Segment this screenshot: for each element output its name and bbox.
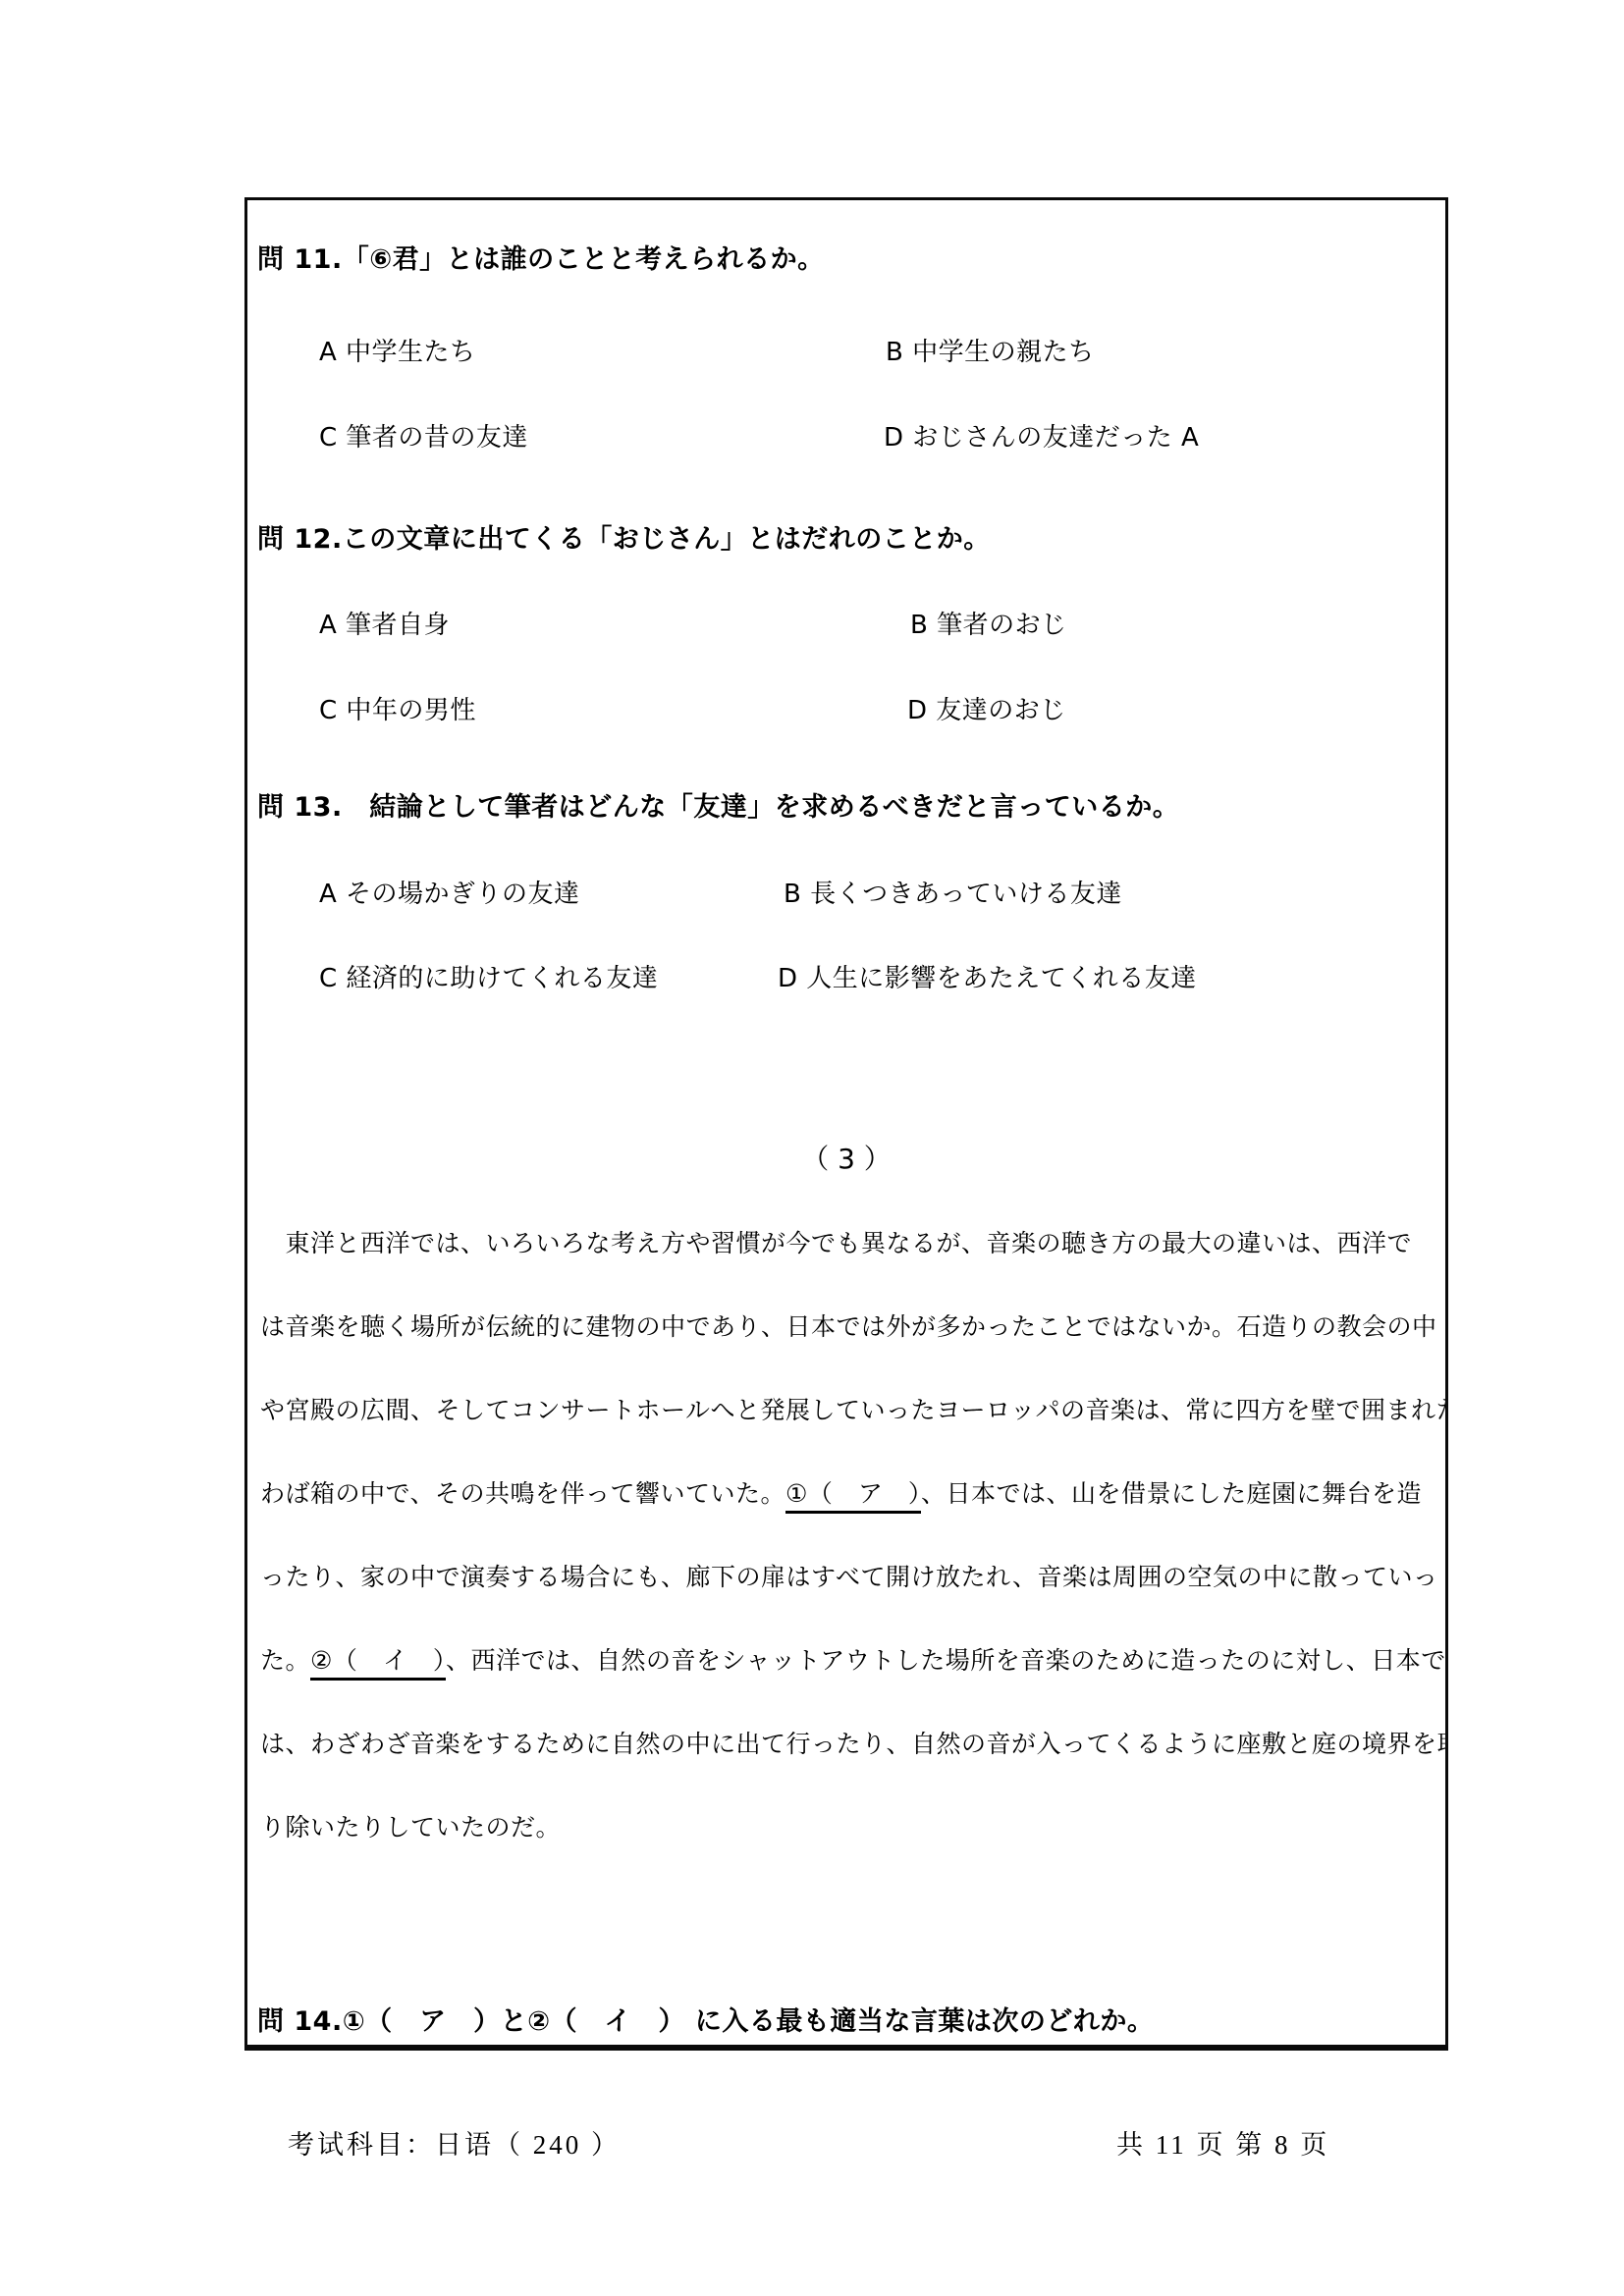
question-12-option-c: C 中年の男性 <box>319 695 476 727</box>
question-11-option-a: A 中学生たち <box>319 337 476 369</box>
question-13-option-d: D 人生に影響をあたえてくれる友達 <box>778 963 1197 995</box>
footer-page-number: 共 11 页 第 8 页 <box>1116 2123 1329 2162</box>
passage-line-6: た。②（ イ ）、西洋では、自然の音をシャットアウトした場所を音楽のために造った… <box>260 1645 1446 1676</box>
question-11-title: 問 11.「⑥君」とは誰のことと考えられるか。 <box>257 243 825 277</box>
question-border-box: 問 11.「⑥君」とは誰のことと考えられるか。 A 中学生たち B 中学生の親た… <box>244 197 1448 2051</box>
question-11-option-d: D おじさんの友達だった A <box>884 422 1199 454</box>
passage-line-4: わば箱の中で、その共鳴を伴って響いていた。①（ ア ）、日本では、山を借景にした… <box>260 1478 1422 1509</box>
question-13-option-b: B 長くつきあっていける友達 <box>784 879 1122 911</box>
passage-line-8: り除いたりしていたのだ。 <box>260 1812 561 1842</box>
question-13-option-c: C 経済的に助けてくれる友達 <box>319 963 658 995</box>
question-12-title: 問 12.この文章に出てくる「おじさん」とはだれのことか。 <box>257 523 991 557</box>
question-13-option-a: A その場かぎりの友達 <box>319 879 580 911</box>
passage-blank-1-underlined: ①（ ア ） <box>785 1479 921 1514</box>
footer-exam-subject: 考试科目：日语（ 240 ） <box>288 2123 621 2162</box>
passage-line-6-pre: た。 <box>260 1646 310 1675</box>
passage-line-4-pre: わば箱の中で、その共鳴を伴って響いていた。 <box>260 1479 785 1508</box>
passage-line-4-post: 、日本では、山を借景にした庭園に舞台を造 <box>921 1479 1422 1508</box>
question-11-option-c: C 筆者の昔の友達 <box>319 422 528 454</box>
question-14-title: 問 14.①（ ア ）と②（ イ ） に入る最も適当な言葉は次のどれか。 <box>257 2005 1154 2039</box>
question-11-option-b: B 中学生の親たち <box>886 337 1095 369</box>
question-12-option-b: B 筆者のおじ <box>910 610 1067 642</box>
passage-line-7: は、わざわざ音楽をするために自然の中に出て行ったり、自然の音が入ってくるように座… <box>260 1729 1448 1759</box>
question-12-option-d: D 友達のおじ <box>907 695 1066 727</box>
passage-line-1: 東洋と西洋では、いろいろな考え方や習慣が今でも異なるが、音楽の聴き方の最大の違い… <box>260 1228 1412 1258</box>
section-3-heading: （ 3 ） <box>247 1138 1445 1177</box>
exam-page: 問 11.「⑥君」とは誰のことと考えられるか。 A 中学生たち B 中学生の親た… <box>0 0 1624 2296</box>
passage-line-2: は音楽を聴く場所が伝統的に建物の中であり、日本では外が多かったことではないか。石… <box>260 1311 1437 1342</box>
question-12-option-a: A 筆者自身 <box>319 610 450 642</box>
passage-blank-2-underlined: ②（ イ ） <box>310 1646 446 1681</box>
question-13-title: 問 13. 結論として筆者はどんな「友達」を求めるべきだと言っているか。 <box>257 791 1179 825</box>
passage-line-6-post: 、西洋では、自然の音をシャットアウトした場所を音楽のために造ったのに対し、日本で <box>446 1646 1446 1675</box>
passage-line-3: や宮殿の広間、そしてコンサートホールへと発展していったヨーロッパの音楽は、常に四… <box>260 1395 1448 1425</box>
passage-line-5: ったり、家の中で演奏する場合にも、廊下の扉はすべて開け放たれ、音楽は周囲の空気の… <box>260 1562 1438 1592</box>
